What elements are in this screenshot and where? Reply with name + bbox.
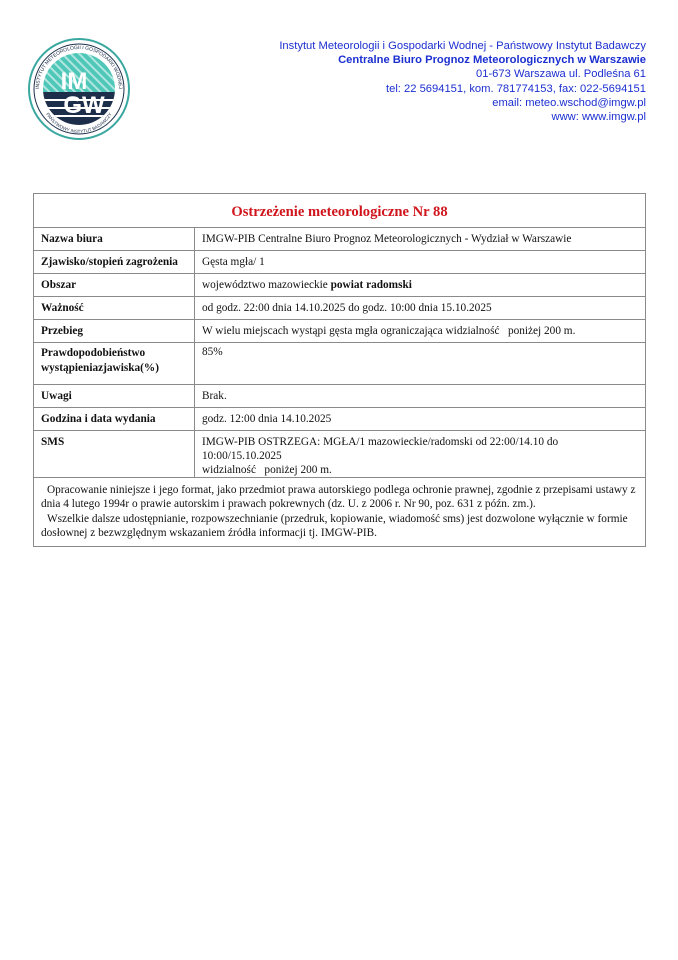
phone-numbers: tel: 22 5694151, kom. 781774153, fax: 02…	[279, 82, 646, 96]
table-row: Prawdopodobieństwowystąpieniazjawiska(%)…	[34, 343, 646, 385]
address: 01-673 Warszawa ul. Podleśna 61	[279, 67, 646, 81]
imgw-logo: INSTYTUT METEOROLOGII I GOSPODARKI WODNE…	[27, 37, 131, 141]
table-row: Przebieg W wielu miejscach wystąpi gęsta…	[34, 320, 646, 343]
table-row: SMS IMGW-PIB OSTRZEGA: MGŁA/1 mazowiecki…	[34, 431, 646, 478]
row-label: Nazwa biura	[34, 228, 195, 251]
table-row: Ważność od godz. 22:00 dnia 14.10.2025 d…	[34, 297, 646, 320]
row-value: od godz. 22:00 dnia 14.10.2025 do godz. …	[195, 297, 646, 320]
copyright-notice: Opracowanie niniejsze i jego format, jak…	[34, 478, 646, 547]
area-county: powiat radomski	[331, 279, 412, 291]
label-line: Prawdopodobieństwo	[41, 346, 187, 361]
table-row: Nazwa biura IMGW-PIB Centralne Biuro Pro…	[34, 228, 646, 251]
row-value: województwo mazowieckie powiat radomski	[195, 274, 646, 297]
row-value: godz. 12:00 dnia 14.10.2025	[195, 408, 646, 431]
bureau-name: Centralne Biuro Prognoz Meteorologicznyc…	[279, 53, 646, 67]
row-label: Prawdopodobieństwowystąpieniazjawiska(%)	[34, 343, 195, 385]
area-voivodeship: województwo mazowieckie	[202, 279, 331, 291]
table-row: Uwagi Brak.	[34, 385, 646, 408]
row-label: Godzina i data wydania	[34, 408, 195, 431]
table-row: Zjawisko/stopień zagrożenia Gęsta mgła/ …	[34, 251, 646, 274]
row-label: Ważność	[34, 297, 195, 320]
table-row: Godzina i data wydania godz. 12:00 dnia …	[34, 408, 646, 431]
website: www: www.imgw.pl	[279, 110, 646, 124]
row-label: Zjawisko/stopień zagrożenia	[34, 251, 195, 274]
email: email: meteo.wschod@imgw.pl	[279, 96, 646, 110]
row-label: Obszar	[34, 274, 195, 297]
imgw-emblem-icon: INSTYTUT METEOROLOGII I GOSPODARKI WODNE…	[27, 37, 131, 141]
table-row: Obszar województwo mazowieckie powiat ra…	[34, 274, 646, 297]
label-line: wystąpieniazjawiska(%)	[41, 361, 187, 376]
row-label: Przebieg	[34, 320, 195, 343]
warning-table: Ostrzeżenie meteorologiczne Nr 88 Nazwa …	[33, 193, 646, 547]
sms-line: widzialność poniżej 200 m.	[202, 463, 638, 477]
row-value: W wielu miejscach wystąpi gęsta mgła ogr…	[195, 320, 646, 343]
svg-text:GW: GW	[63, 92, 105, 119]
copyright-paragraph: Wszelkie dalsze udostępnianie, rozpowsze…	[41, 512, 638, 541]
institute-header: Instytut Meteorologii i Gospodarki Wodne…	[279, 39, 646, 124]
row-label: SMS	[34, 431, 195, 478]
warning-title: Ostrzeżenie meteorologiczne Nr 88	[34, 194, 646, 228]
row-value: 85%	[195, 343, 646, 385]
institute-name: Instytut Meteorologii i Gospodarki Wodne…	[279, 39, 646, 53]
svg-text:IM: IM	[61, 68, 88, 95]
row-value: IMGW-PIB OSTRZEGA: MGŁA/1 mazowieckie/ra…	[195, 431, 646, 478]
row-value: Gęsta mgła/ 1	[195, 251, 646, 274]
row-value: IMGW-PIB Centralne Biuro Prognoz Meteoro…	[195, 228, 646, 251]
row-value: Brak.	[195, 385, 646, 408]
row-label: Uwagi	[34, 385, 195, 408]
copyright-paragraph: Opracowanie niniejsze i jego format, jak…	[41, 483, 638, 512]
sms-line: IMGW-PIB OSTRZEGA: MGŁA/1 mazowieckie/ra…	[202, 435, 638, 463]
